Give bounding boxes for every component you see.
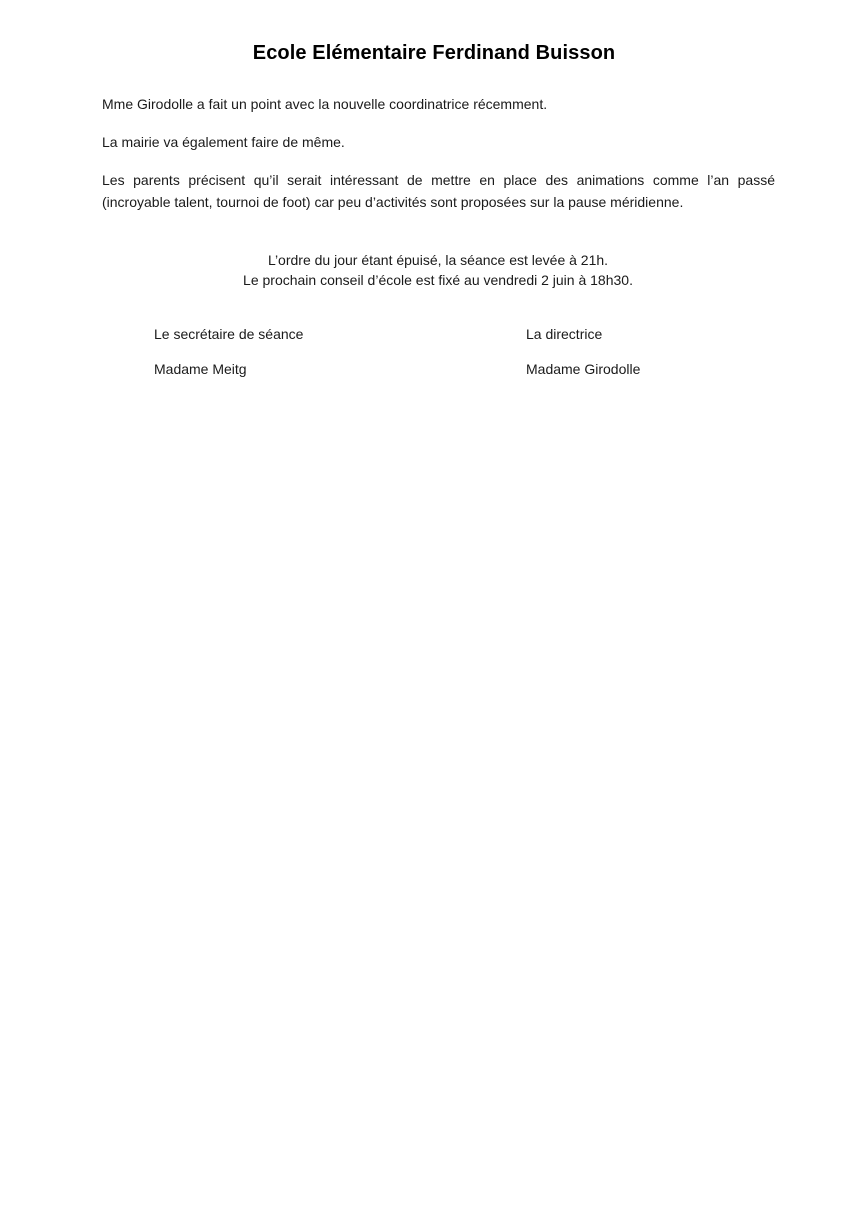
document-title: Ecole Elémentaire Ferdinand Buisson	[0, 42, 868, 65]
paragraph-mairie: La mairie va également faire de même.	[102, 131, 775, 153]
signature-name: Madame Meitg	[154, 359, 247, 379]
closing-statement: L’ordre du jour étant épuisé, la séance …	[0, 250, 868, 290]
closing-line-seance-levee: L’ordre du jour étant épuisé, la séance …	[0, 250, 868, 270]
closing-line-prochain-conseil: Le prochain conseil d’école est fixé au …	[0, 270, 868, 290]
signature-name: Madame Girodolle	[526, 359, 640, 379]
document-page: Ecole Elémentaire Ferdinand Buisson Mme …	[0, 0, 868, 1224]
signature-role: Le secrétaire de séance	[154, 324, 303, 344]
paragraph-parents-animations: Les parents précisent qu’il serait intér…	[102, 169, 775, 213]
paragraph-coordinatrice: Mme Girodolle a fait un point avec la no…	[102, 93, 775, 115]
signature-role: La directrice	[526, 324, 602, 344]
